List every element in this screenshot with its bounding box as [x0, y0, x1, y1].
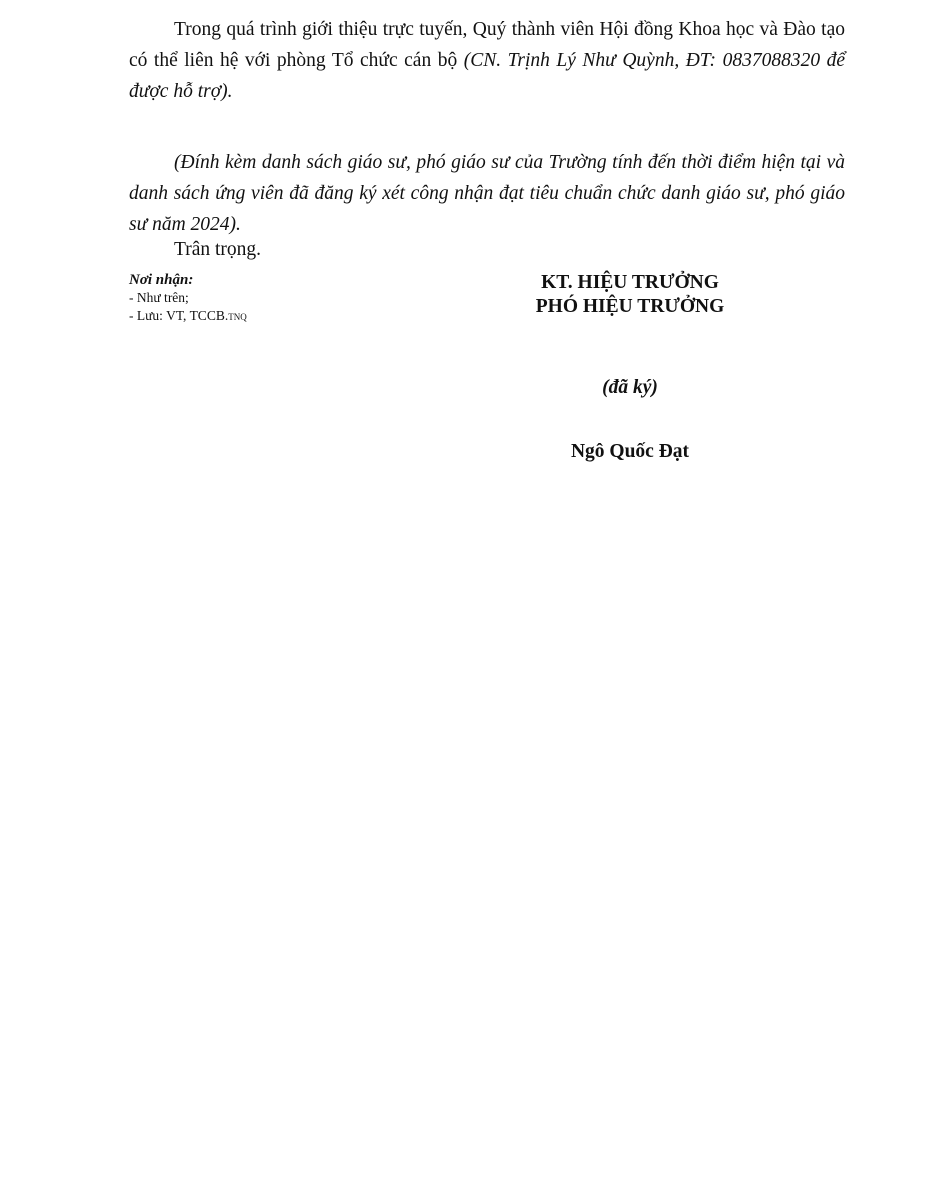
recipient-item: - Lưu: VT, TCCB.TNQ — [129, 307, 247, 326]
attachment-note: (Đính kèm danh sách giáo sư, phó giáo sư… — [129, 147, 845, 240]
signed-note: (đã ký) — [470, 377, 790, 399]
recipients-block: Nơi nhận: - Như trên; - Lưu: VT, TCCB.TN… — [129, 271, 247, 326]
recipient-item: - Như trên; — [129, 289, 247, 307]
signature-title-1: KT. HIỆU TRƯỞNG — [470, 272, 790, 294]
contact-paragraph: Trong quá trình giới thiệu trực tuyến, Q… — [129, 14, 845, 107]
recipients-title: Nơi nhận: — [129, 271, 247, 289]
recipient-initials: TNQ — [228, 312, 247, 322]
signature-title-2: PHÓ HIỆU TRƯỞNG — [470, 296, 790, 318]
closing-text: Trân trọng. — [129, 234, 845, 265]
signer-name: Ngô Quốc Đạt — [470, 441, 790, 463]
